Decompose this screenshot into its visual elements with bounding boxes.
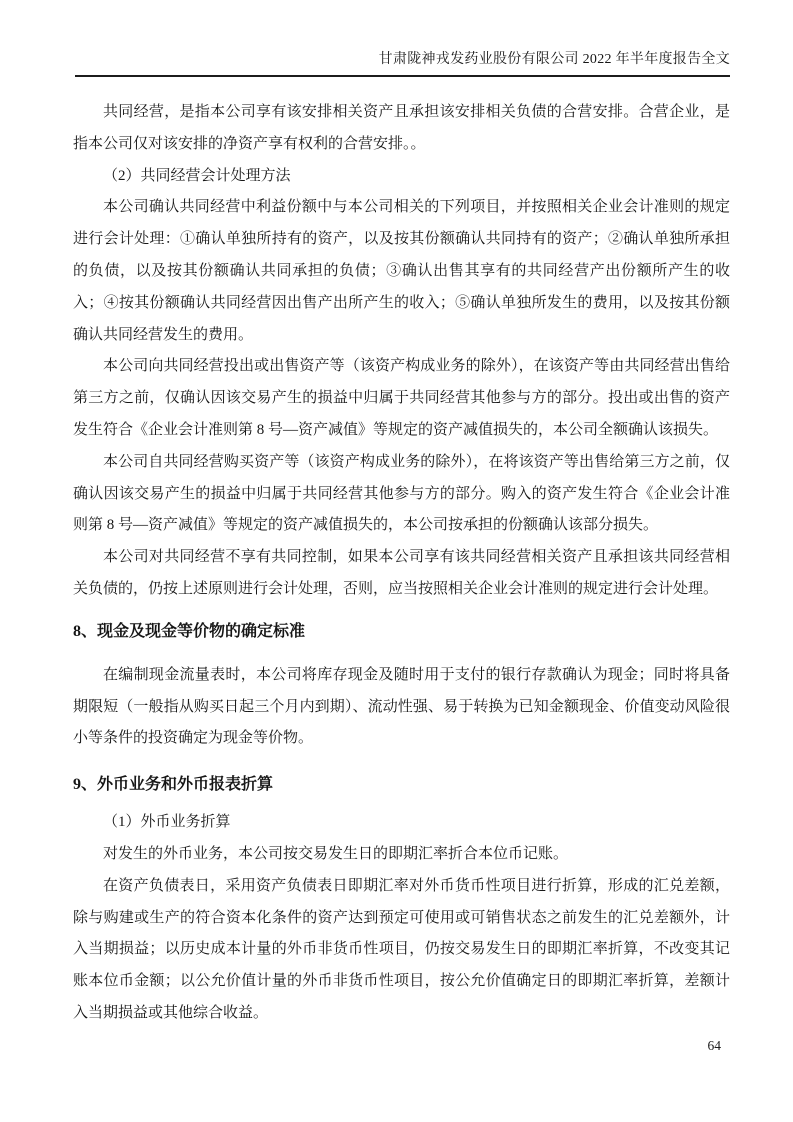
section-heading-9-foreign-currency: 9、外币业务和外币报表折算 (73, 769, 730, 801)
page-number: 64 (708, 1037, 722, 1055)
paragraph-assets-contributed-or-sold: 本公司向共同经营投出或出售资产等（该资产构成业务的除外），在该资产等由共同经营出… (73, 351, 730, 446)
paragraph-joint-operation-definition: 共同经营，是指本公司享有该安排相关资产且承担该安排相关负债的合营安排。合营企业，… (73, 97, 730, 161)
subheading-1-foreign-currency-translation: （1）外币业务折算 (73, 807, 730, 839)
page-header-title: 甘肃陇神戎发药业股份有限公司 2022 年半年度报告全文 (75, 50, 730, 77)
document-body: 共同经营，是指本公司享有该安排相关资产且承担该安排相关负债的合营安排。合营企业，… (73, 97, 730, 1030)
paragraph-joint-operation-recognition-items: 本公司确认共同经营中利益份额中与本公司相关的下列项目，并按照相关企业会计准则的规… (73, 192, 730, 351)
paragraph-cash-flow-statement: 在编制现金流量表时，本公司将库存现金及随时用于支付的银行存款确认为现金；同时将具… (73, 660, 730, 755)
report-page: 甘肃陇神戎发药业股份有限公司 2022 年半年度报告全文 共同经营，是指本公司享… (0, 0, 793, 1122)
subheading-2-joint-operation-accounting-method: （2）共同经营会计处理方法 (73, 161, 730, 193)
paragraph-no-joint-control: 本公司对共同经营不享有共同控制，如果本公司享有该共同经营相关资产且承担该共同经营… (73, 542, 730, 606)
section-heading-8-cash-equivalents: 8、现金及现金等价物的确定标准 (73, 616, 730, 648)
paragraph-assets-purchased: 本公司自共同经营购买资产等（该资产构成业务的除外），在将该资产等出售给第三方之前… (73, 447, 730, 542)
paragraph-balance-sheet-date-translation: 在资产负债表日，采用资产负债表日即期汇率对外币货币性项目进行折算，形成的汇兑差额… (73, 871, 730, 1030)
paragraph-foreign-currency-bookkeeping: 对发生的外币业务，本公司按交易发生日的即期汇率折合本位币记账。 (73, 839, 730, 871)
